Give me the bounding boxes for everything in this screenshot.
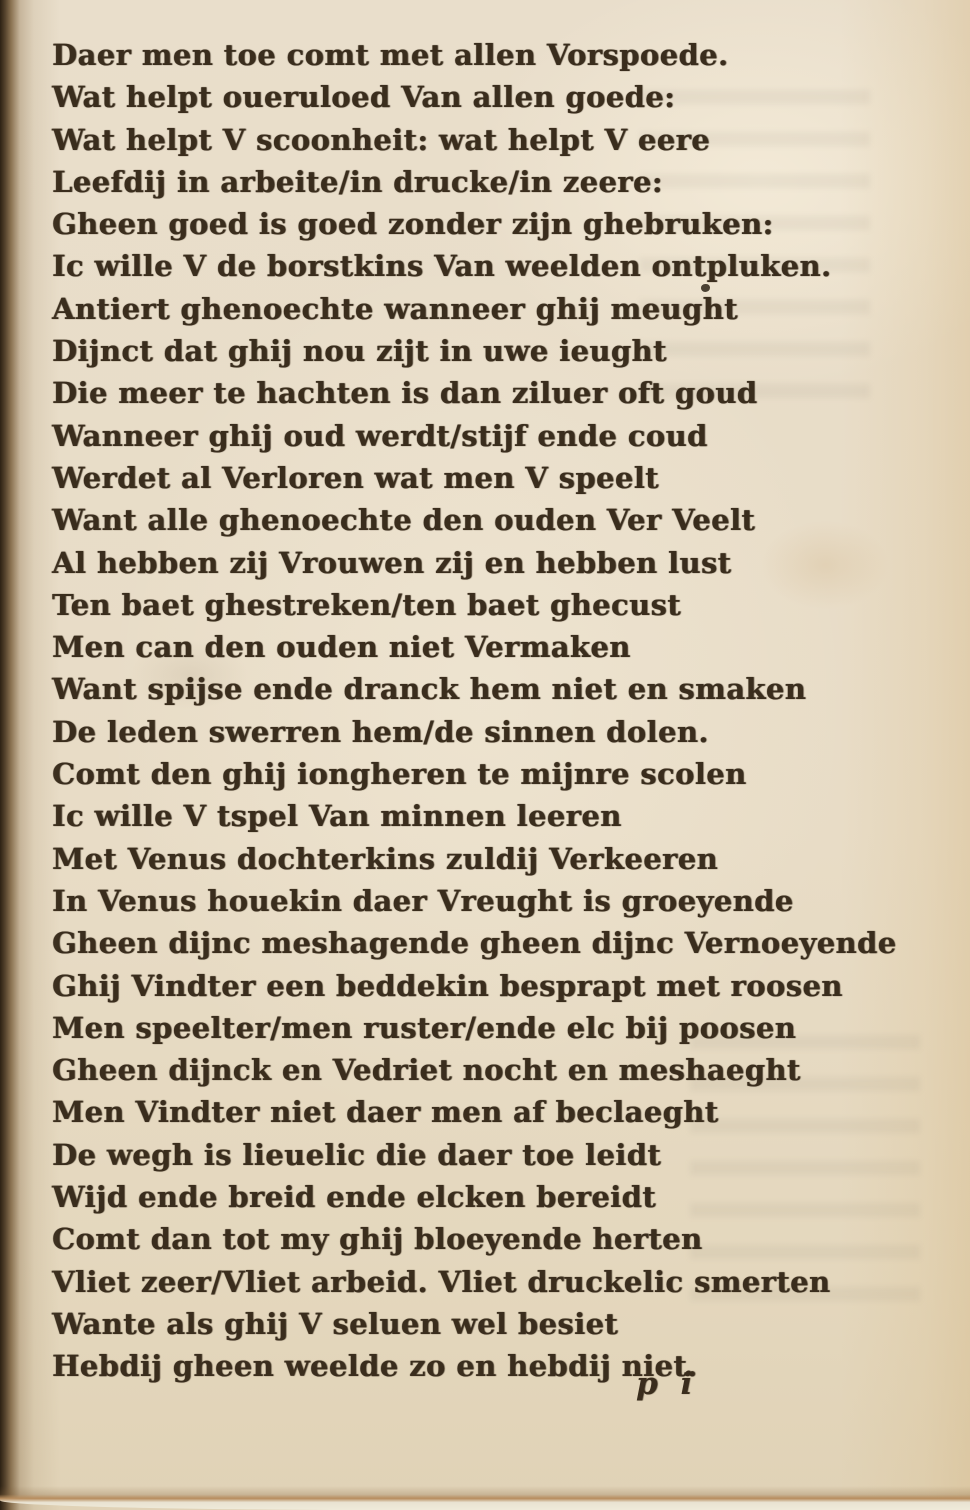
poem-line: De wegh is lieuelic die daer toe leidt	[52, 1134, 932, 1176]
poem-line: In Venus houekin daer Vreught is groeyen…	[52, 880, 932, 922]
poem-line: Wante als ghij V seluen wel besiet	[52, 1303, 932, 1345]
poem-line: Ic wille V de borstkins Van weelden ontp…	[52, 245, 932, 287]
poem-line: Men can den ouden niet Vermaken	[52, 626, 932, 668]
poem-line: Die meer te hachten is dan ziluer oft go…	[52, 372, 932, 414]
poem-line: Wijd ende breid ende elcken bereidt	[52, 1176, 932, 1218]
poem-line: Comt den ghij iongheren te mijnre scolen	[52, 753, 932, 795]
quire-signature-mark: p i	[636, 1366, 698, 1402]
poem-line: Ic wille V tspel Van minnen leeren	[52, 795, 932, 837]
poem-line: De leden swerren hem/de sinnen dolen.	[52, 711, 932, 753]
poem-line: Met Venus dochterkins zuldij Verkeeren	[52, 838, 932, 880]
poem-line: Wat helpt V scoonheit: wat helpt V eere	[52, 119, 932, 161]
page-bottom-edge	[0, 1486, 970, 1510]
poem-line: Leefdij in arbeite/in drucke/in zeere:	[52, 161, 932, 203]
poem-line: Comt dan tot my ghij bloeyende herten	[52, 1218, 932, 1260]
poem-line: Antiert ghenoechte wanneer ghij meught	[52, 288, 932, 330]
poem-line: Men Vindter niet daer men af beclaeght	[52, 1091, 932, 1133]
poem-line: Wanneer ghij oud werdt/stijf ende coud	[52, 415, 932, 457]
book-page-scan: Daer men toe comt met allen Vorspoede. W…	[0, 0, 970, 1510]
poem-line: Gheen goed is goed zonder zijn ghebruken…	[52, 203, 932, 245]
poem-line: Men speelter/men ruster/ende elc bij poo…	[52, 1007, 932, 1049]
poem-line: Dijnct dat ghij nou zijt in uwe ieught	[52, 330, 932, 372]
poem-line: Hebdij gheen weelde zo en hebdij niet.	[52, 1345, 932, 1387]
poem-line: Werdet al Verloren wat men V speelt	[52, 457, 932, 499]
poem-line: Daer men toe comt met allen Vorspoede.	[52, 34, 932, 76]
poem-line: Wat helpt oueruloed Van allen goede:	[52, 76, 932, 118]
poem-line: Vliet zeer/Vliet arbeid. Vliet druckelic…	[52, 1261, 932, 1303]
poem-text-block: Daer men toe comt met allen Vorspoede. W…	[52, 34, 932, 1388]
poem-line: Gheen dijnc meshagende gheen dijnc Verno…	[52, 922, 932, 964]
binding-gutter-shadow	[0, 0, 60, 1510]
poem-line: Want alle ghenoechte den ouden Ver Veelt	[52, 499, 932, 541]
poem-line: Gheen dijnck en Vedriet nocht en meshaeg…	[52, 1049, 932, 1091]
poem-line: Want spijse ende dranck hem niet en smak…	[52, 668, 932, 710]
poem-line: Al hebben zij Vrouwen zij en hebben lust	[52, 542, 932, 584]
poem-line: Ghij Vindter een beddekin besprapt met r…	[52, 965, 932, 1007]
poem-line: Ten baet ghestreken/ten baet ghecust	[52, 584, 932, 626]
